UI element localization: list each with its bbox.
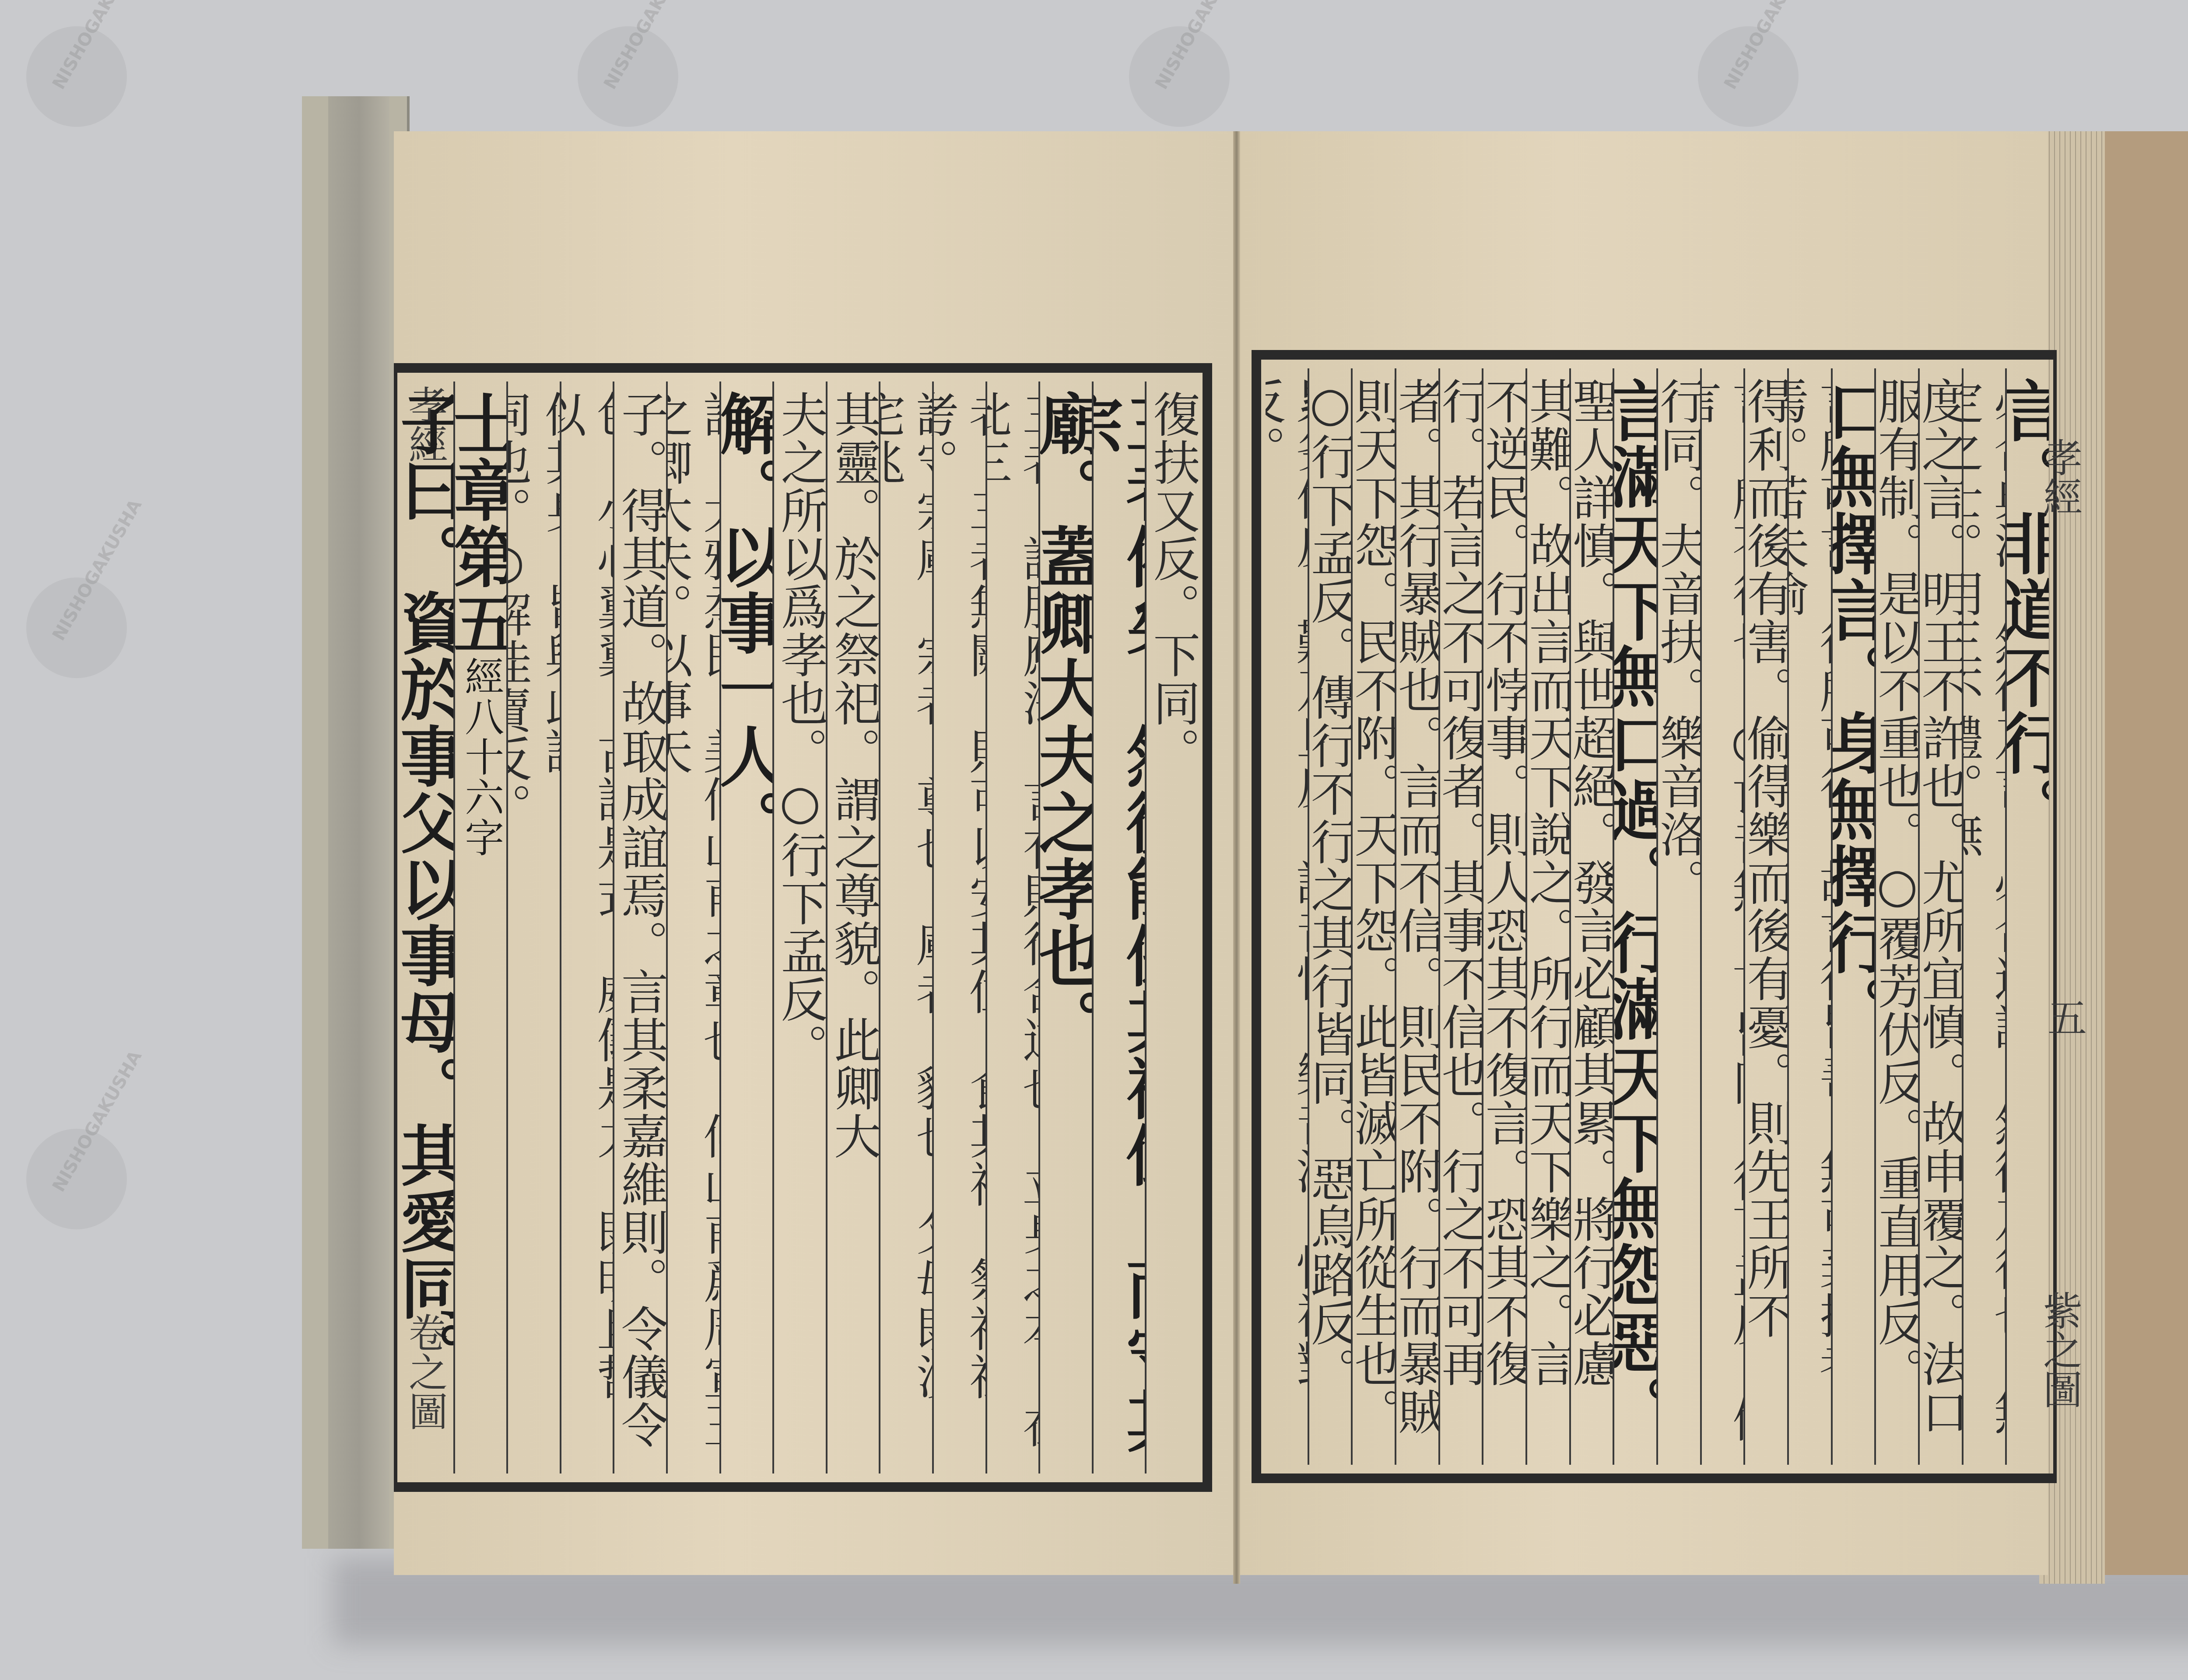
right-margin-bottom: 紫之圖 bbox=[2030, 1291, 2087, 1409]
book-gutter bbox=[1233, 131, 1240, 1584]
text-column: 得利而後有害。偷得樂而後有憂。則先王所不 bbox=[1743, 368, 1787, 1465]
text-column: 言所可言。行所可行。故言行皆善。無可棄擇者焉。若夫偷 bbox=[1787, 368, 1831, 1465]
text-column: 不逆民。行不悖事。則人恐其不復言。恐其不復 bbox=[1482, 368, 1525, 1465]
text-column: 必合典法。然後乃言。必合道誼。然後乃行也。無定之士。明王不禮。無 bbox=[1962, 368, 2006, 1465]
text-column: 則天下怨。民不附。天下怨。此皆滅亡所從生也。 bbox=[1351, 368, 1395, 1465]
text-column: 行同。夫音扶。樂音洛。 bbox=[1656, 368, 1700, 1465]
left-text-frame: 復扶又反。下同。 三者備矣。然後能保其祿位。而守其宗 廟。蓋卿大夫之孝也。 三者… bbox=[394, 363, 1212, 1492]
text-column: 其靈。於之祭祀。謂之尊貌。此卿大 bbox=[826, 381, 879, 1473]
text-column: 三者備矣。然後能保其祿位。而守其宗 bbox=[1092, 381, 1145, 1473]
text-column: 色。小心翼翼。古訓是式。威儀是力。既明且哲。以 bbox=[560, 381, 613, 1473]
watermark-logo: NISHOGAKUSHA bbox=[26, 1129, 127, 1229]
text-column: 累劣偽反。難乃旦反。說音悅。樂音洛。悖補對反。 bbox=[1266, 368, 1308, 1465]
right-columns: 言。非道不行。 必合典法。然後乃言。必合道誼。然後乃行也。無定之士。明王不禮。無… bbox=[1266, 368, 2049, 1465]
text-column: 度之言。明王不許也。尤所宜慎。故申覆之。法口 bbox=[1918, 368, 1962, 1465]
text-column: 廟。蓋卿大夫之孝也。 bbox=[1038, 381, 1092, 1473]
text-column: 口無擇言。身無擇行。 bbox=[1831, 368, 1875, 1465]
text-column: 言滿天下無口過。行滿天下無怨惡。 bbox=[1613, 368, 1656, 1465]
text-column: 聖人詳慎。與世超絕。發言必顧其累。將行必慮 bbox=[1569, 368, 1613, 1465]
watermark-logo: NISHOGAKUSHA bbox=[1129, 26, 1230, 127]
text-column: 夫之所以爲孝也。○行下孟反。 bbox=[772, 381, 826, 1473]
text-column: 解。以事一人。 bbox=[719, 381, 773, 1473]
text-column: 詩。大雅烝民。美仲山甫之章也。仲山甫爲周宣王之卿大夫。以事天 bbox=[666, 381, 719, 1473]
text-column: 者。其行暴賊也。言而不信。則民不附。行而暴賊 bbox=[1395, 368, 1438, 1465]
right-text-frame: 言。非道不行。 必合典法。然後乃言。必合道誼。然後乃行也。無定之士。明王不禮。無… bbox=[1252, 350, 2057, 1483]
left-columns: 復扶又反。下同。 三者備矣。然後能保其祿位。而守其宗 廟。蓋卿大夫之孝也。 三者… bbox=[402, 381, 1198, 1473]
chapter-word-count: 經八十六字 bbox=[460, 656, 501, 857]
chapter-heading-column: 士章第五 經八十六字 bbox=[453, 381, 507, 1473]
text-column: 者。三者無闕。則可以安其位。食其祿。祭祀祖考。 bbox=[932, 381, 985, 1473]
chapter-heading: 士章第五 bbox=[453, 390, 507, 656]
watermark-logo: NISHOGAKUSHA bbox=[26, 577, 127, 678]
right-cover bbox=[2092, 131, 2188, 1575]
right-margin-title: 孝經 bbox=[2030, 437, 2087, 516]
watermark-logo: NISHOGAKUSHA bbox=[578, 26, 678, 127]
text-column: 子。得其道。故取成誼焉。言其柔嘉維則。令儀令 bbox=[613, 381, 666, 1473]
text-column: 行。若言之不可復者。其事不信也。行之不可再 bbox=[1438, 368, 1482, 1465]
text-column: 保其身。皆與此誼 同也。○解佳賣反。 bbox=[506, 381, 560, 1473]
text-column: 其難。故出言而天下說之。所行而天下樂之。言 bbox=[1525, 368, 1569, 1465]
watermark-logo: NISHOGAKUSHA bbox=[26, 26, 127, 127]
right-margin-page-number: 五 bbox=[2035, 997, 2092, 1037]
text-column: 護守宗廟。宗者。尊也。廟者。貌也。父母既沒。宅兆 bbox=[879, 381, 932, 1473]
text-column: ○行下孟反。傳行不行之其行皆同。惡烏路反。 bbox=[1308, 368, 1351, 1465]
text-column: 復扶又反。下同。 bbox=[1145, 381, 1198, 1473]
cover-fold bbox=[328, 96, 389, 1549]
text-column: 三者。謂服應法。言有則行合道也。立身之本。在此三 bbox=[985, 381, 1039, 1473]
watermark-logo: NISHOGAKUSHA bbox=[1698, 26, 1799, 127]
text-column: 子曰。資於事父以事母。其愛同。 bbox=[402, 381, 453, 1473]
text-column: 服有制。是以不重也。○覆芳伏反。重直用反。 bbox=[1874, 368, 1918, 1465]
text-column: 言。所不行也。○亡音無。下皆同。行下孟反。傳言 bbox=[1700, 368, 1744, 1465]
